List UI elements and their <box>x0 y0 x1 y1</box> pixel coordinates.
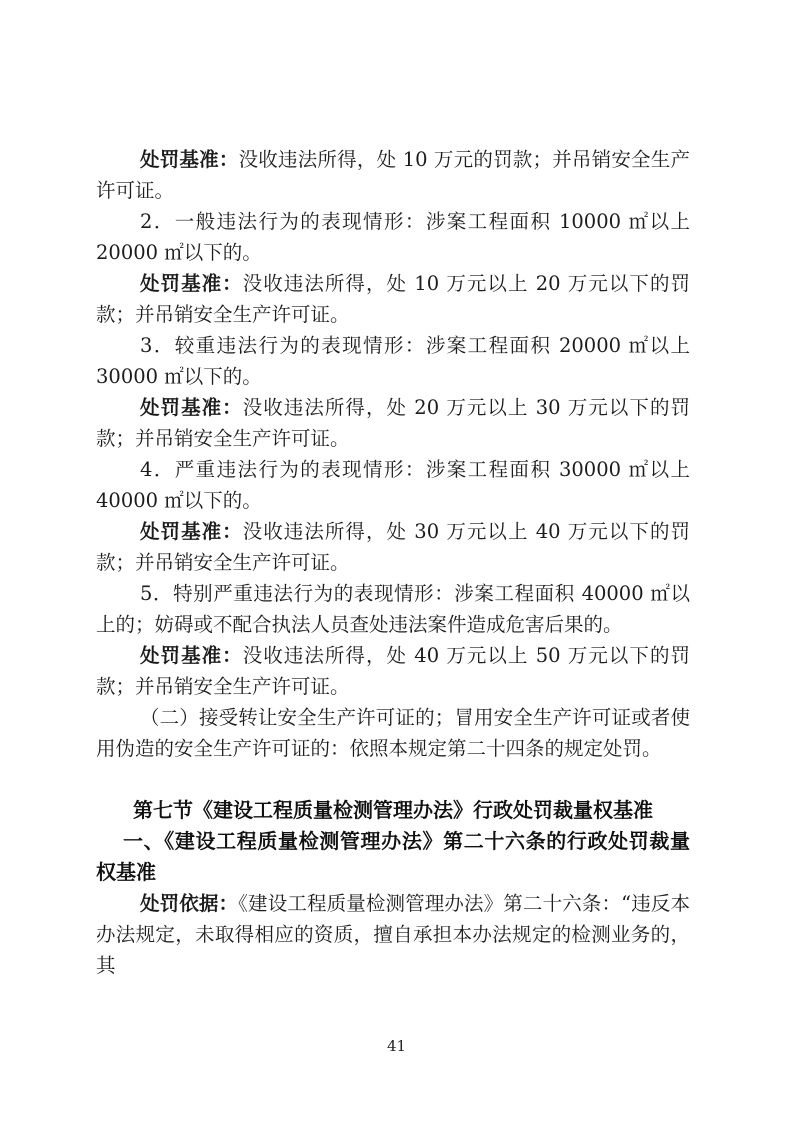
paragraph: 处罚基准：没收违法所得，处 10 万元以上 20 万元以下的罚款；并吊销安全生产… <box>96 268 690 330</box>
penalty-standard-label: 处罚基准： <box>140 272 243 295</box>
paragraph: （二）接受转让安全生产许可证的；冒用安全生产许可证或者使用伪造的安全生产许可证的… <box>96 702 690 764</box>
paragraph: 处罚基准：没收违法所得，处 20 万元以上 30 万元以下的罚款；并吊销安全生产… <box>96 392 690 454</box>
section-heading: 第七节《建设工程质量检测管理办法》行政处罚裁量权基准 <box>96 795 690 826</box>
document-content: 处罚基准：没收违法所得，处 10 万元的罚款；并吊销安全生产许可证。 2．一般违… <box>96 144 690 981</box>
blank-line <box>96 764 690 795</box>
penalty-standard-label: 处罚基准： <box>140 644 243 667</box>
paragraph: 4．严重违法行为的表现情形：涉案工程面积 30000 ㎡以上 40000 ㎡以下… <box>96 454 690 516</box>
paragraph: 5．特别严重违法行为的表现情形：涉案工程面积 40000 ㎡以上的；妨碍或不配合… <box>96 578 690 640</box>
paragraph: 3．较重违法行为的表现情形：涉案工程面积 20000 ㎡以上 30000 ㎡以下… <box>96 330 690 392</box>
paragraph: 处罚基准：没收违法所得，处 10 万元的罚款；并吊销安全生产许可证。 <box>96 144 690 206</box>
penalty-standard-label: 处罚基准： <box>140 148 239 171</box>
paragraph: 处罚依据：《建设工程质量检测管理办法》第二十六条：“违反本办法规定，未取得相应的… <box>96 888 690 981</box>
paragraph: 处罚基准：没收违法所得，处 30 万元以上 40 万元以下的罚款；并吊销安全生产… <box>96 516 690 578</box>
penalty-standard-label: 处罚基准： <box>140 396 243 419</box>
paragraph-text: 2．一般违法行为的表现情形：涉案工程面积 10000 ㎡以上 20000 ㎡以下… <box>96 210 690 264</box>
paragraph-text: （二）接受转让安全生产许可证的；冒用安全生产许可证或者使用伪造的安全生产许可证的… <box>96 706 690 760</box>
sub-heading: 一、《建设工程质量检测管理办法》第二十六条的行政处罚裁量权基准 <box>96 826 690 888</box>
paragraph: 处罚基准：没收违法所得，处 40 万元以上 50 万元以下的罚款；并吊销安全生产… <box>96 640 690 702</box>
document-page: 处罚基准：没收违法所得，处 10 万元的罚款；并吊销安全生产许可证。 2．一般违… <box>0 0 793 1122</box>
page-number: 41 <box>0 1037 793 1055</box>
penalty-standard-label: 处罚基准： <box>140 520 243 543</box>
penalty-basis-label: 处罚依据： <box>140 892 238 915</box>
paragraph-text: 5．特别严重违法行为的表现情形：涉案工程面积 40000 ㎡以上的；妨碍或不配合… <box>96 582 690 636</box>
paragraph-text: 3．较重违法行为的表现情形：涉案工程面积 20000 ㎡以上 30000 ㎡以下… <box>96 334 690 388</box>
paragraph-text: 4．严重违法行为的表现情形：涉案工程面积 30000 ㎡以上 40000 ㎡以下… <box>96 458 690 512</box>
paragraph: 2．一般违法行为的表现情形：涉案工程面积 10000 ㎡以上 20000 ㎡以下… <box>96 206 690 268</box>
